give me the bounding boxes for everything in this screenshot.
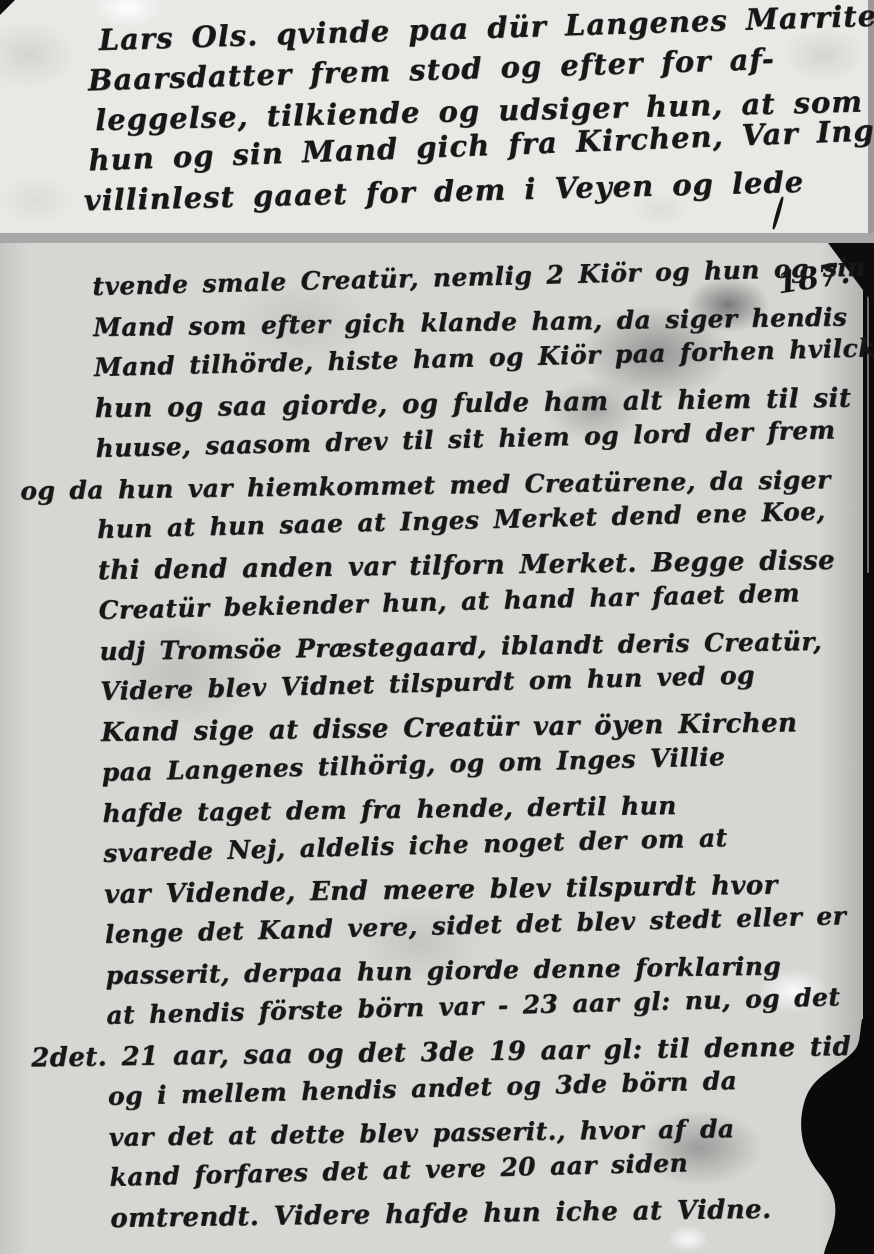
corner-shadow <box>0 0 15 15</box>
handwritten-text-block-upper: Lars Ols. qvinde paa dür Langenes Marrit… <box>98 0 874 220</box>
upper-page-fragment: Lars Ols. qvinde paa dür Langenes Marrit… <box>0 0 874 233</box>
manuscript-scan: Lars Ols. qvinde paa dür Langenes Marrit… <box>0 0 874 1254</box>
handwritten-text-block-main: tvende smale Creatür, nemlig 2 Kiör og h… <box>92 251 874 1238</box>
main-page-fragment: 187. tvende smale Creatür, nemlig 2 Kiör… <box>0 243 874 1254</box>
page-gap-band <box>0 233 874 243</box>
